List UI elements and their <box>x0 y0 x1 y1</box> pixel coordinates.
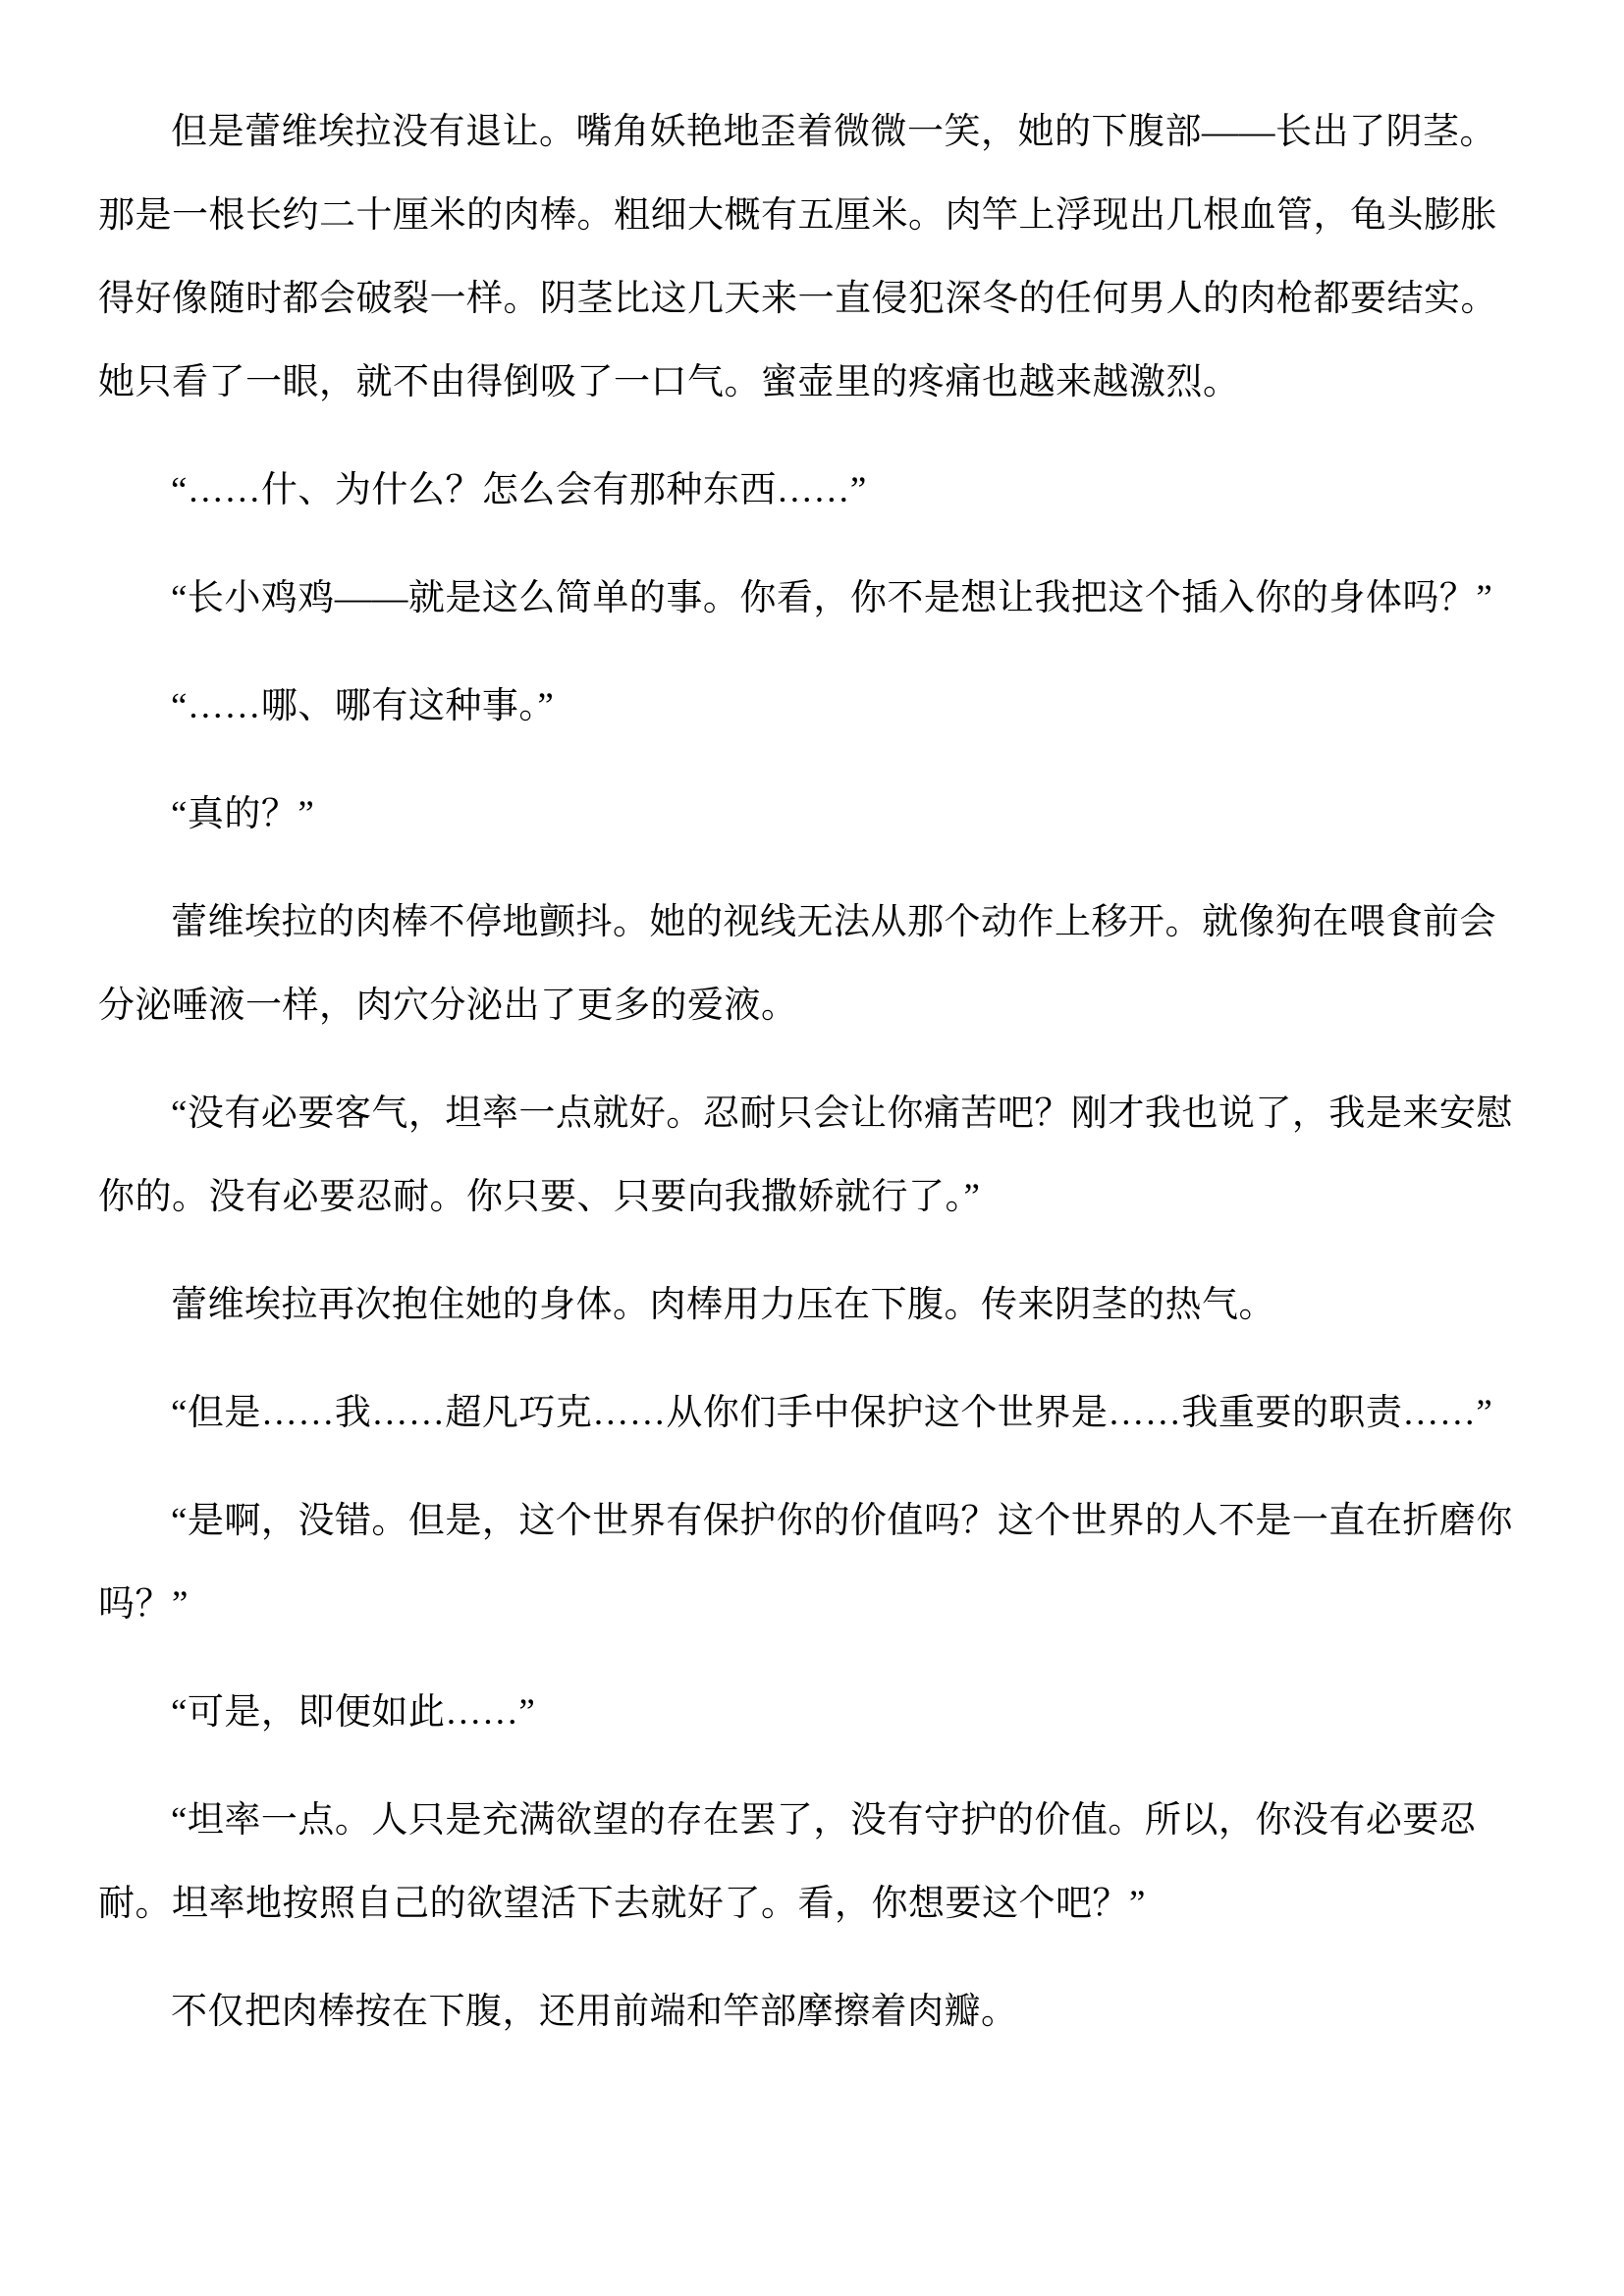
paragraph-3: “长小鸡鸡——就是这么简单的事。你看，你不是想让我把这个插入你的身体吗？” <box>98 557 1516 640</box>
paragraph-2: “……什、为什么？怎么会有那种东西……” <box>98 449 1516 532</box>
paragraph-1: 但是蕾维埃拉没有退让。嘴角妖艳地歪着微微一笑，她的下腹部——长出了阴茎。那是一根… <box>98 90 1516 424</box>
paragraph-13: 不仅把肉棒按在下腹，还用前端和竿部摩擦着肉瓣。 <box>98 1970 1516 2054</box>
paragraph-9: “但是……我……超凡巧克……从你们手中保护这个世界是……我重要的职责……” <box>98 1371 1516 1455</box>
paragraph-7: “没有必要客气，坦率一点就好。忍耐只会让你痛苦吧？刚才我也说了，我是来安慰你的。… <box>98 1072 1516 1239</box>
paragraph-4: “……哪、哪有这种事。” <box>98 665 1516 748</box>
paragraph-10: “是啊，没错。但是，这个世界有保护你的价值吗？这个世界的人不是一直在折磨你吗？” <box>98 1479 1516 1646</box>
document-page: 但是蕾维埃拉没有退让。嘴角妖艳地歪着微微一笑，她的下腹部——长出了阴茎。那是一根… <box>0 0 1624 2296</box>
paragraph-11: “可是，即便如此……” <box>98 1671 1516 1754</box>
paragraph-5: “真的？” <box>98 773 1516 856</box>
paragraph-6: 蕾维埃拉的肉棒不停地颤抖。她的视线无法从那个动作上移开。就像狗在喂食前会分泌唾液… <box>98 881 1516 1047</box>
paragraph-8: 蕾维埃拉再次抱住她的身体。肉棒用力压在下腹。传来阴茎的热气。 <box>98 1263 1516 1347</box>
paragraph-12: “坦率一点。人只是充满欲望的存在罢了，没有守护的价值。所以，你没有必要忍耐。坦率… <box>98 1779 1516 1946</box>
